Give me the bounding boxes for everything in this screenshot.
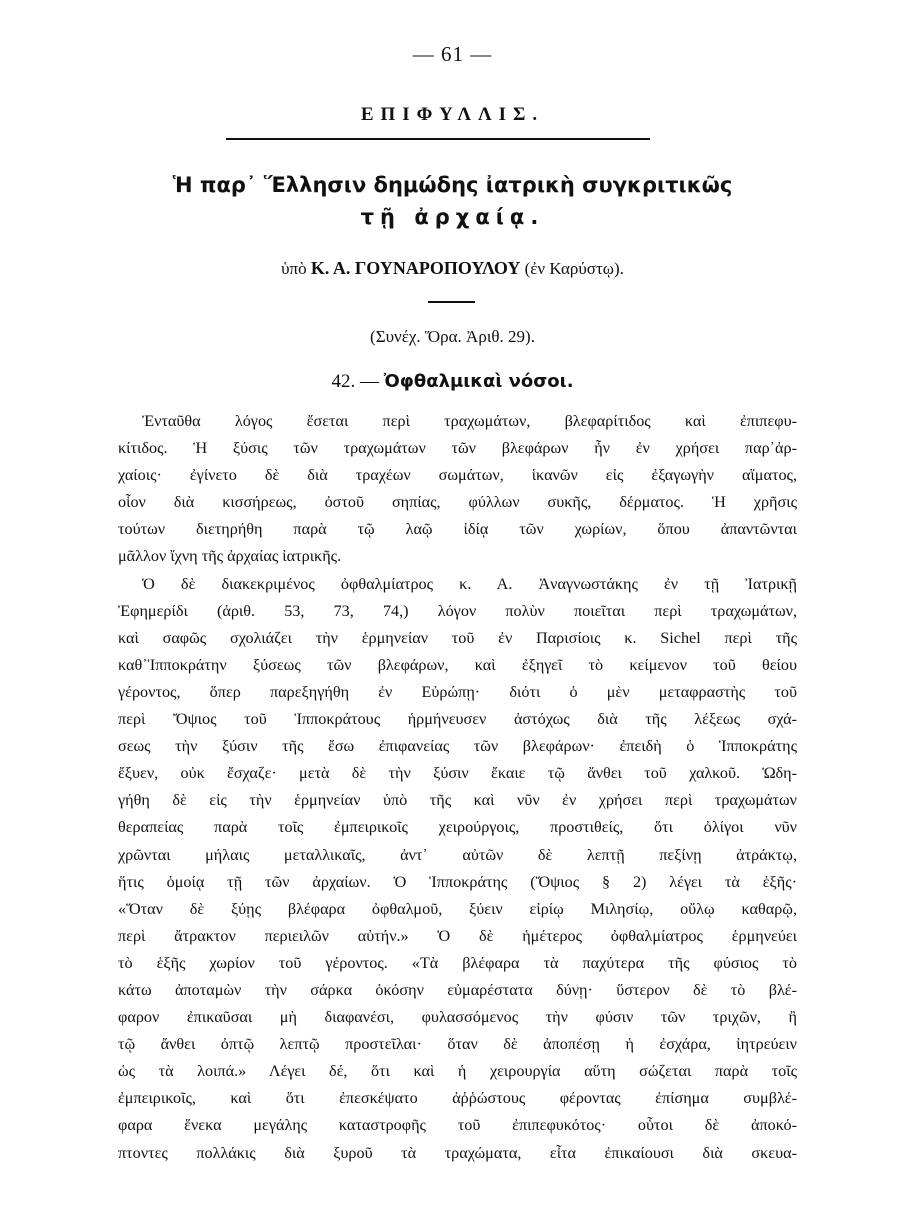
section-divider: [226, 138, 650, 140]
text-line: τὸ ἑξῆς χωρίον τοῦ γέροντος. «Τὰ βλέφαρα…: [118, 950, 797, 977]
section-title: ΕΠΙΦΥΛΛΙΣ.: [0, 104, 905, 126]
text-line: Ὁ δὲ διακεκριμένος ὀφθαλμίατρος κ. Α. Ἀν…: [118, 571, 797, 598]
byline-author: Κ. Α. ΓΟΥΝΑΡΟΠΟΥΛΟΥ: [311, 258, 521, 278]
article-title-line-2: τῇ ἀρχαίᾳ.: [0, 205, 905, 229]
document-page: — 61 — ΕΠΙΦΥΛΛΙΣ. Ἡ παρ᾿ Ἕλλησιν δημώδης…: [0, 0, 905, 1223]
text-line: περὶ ἄτρακτον περιειλῶν αὐτήν.» Ὁ δὲ ἡμέ…: [118, 923, 797, 950]
byline-location: (ἐν Καρύστῳ).: [525, 259, 624, 278]
byline: ὑπὸ Κ. Α. ΓΟΥΝΑΡΟΠΟΥΛΟΥ (ἐν Καρύστῳ).: [0, 258, 905, 279]
text-line: χαίοις· ἐγίνετο δὲ διὰ τραχέων σωμάτων, …: [118, 462, 797, 489]
text-line: τῷ ἄνθει ὀπτῷ λεπτῷ προστεῖλαι· ὅταν δὲ …: [118, 1031, 797, 1058]
article-title-line-1: Ἡ παρ᾿ Ἕλλησιν δημώδης ἰατρικὴ συγκριτικ…: [0, 173, 905, 197]
text-line: ἔξυεν, οὐκ ἔσχαζε· μετὰ δὲ τὴν ξύσιν ἔκα…: [118, 760, 797, 787]
subsection-title: Ὀφθαλμικαὶ νόσοι.: [384, 371, 574, 392]
body-text: Ἐνταῦθα λόγος ἔσεται περὶ τραχωμάτων, βλ…: [118, 408, 797, 1167]
text-line: πτοντες πολλάκις διὰ ξυροῦ τὰ τραχώματα,…: [118, 1140, 797, 1167]
subsection-heading: 42. — Ὀφθαλμικαὶ νόσοι.: [0, 371, 905, 393]
text-line: καὶ σαφῶς σχολιάζει τὴν ἑρμηνείαν τοῦ ἐν…: [118, 625, 797, 652]
text-line: ἥτις ὁμοίᾳ τῇ τῶν ἀρχαίων. Ὁ Ἱπποκράτης …: [118, 869, 797, 896]
continued-note: (Συνέχ. Ὅρα. Ἀριθ. 29).: [0, 327, 905, 347]
text-line: περὶ Ὄψιος τοῦ Ἱπποκράτους ἡρμήνευσεν ἀσ…: [118, 706, 797, 733]
text-line: «Ὅταν δὲ ξύῃς βλέφαρα ὀφθαλμοῦ, ξύειν εἰ…: [118, 896, 797, 923]
byline-prefix: ὑπὸ: [281, 259, 307, 278]
text-line: γήθη δὲ εἰς τὴν ἑρμηνείαν ὑπὸ τῆς καὶ νῦ…: [118, 787, 797, 814]
text-line: κάτω ἀποταμὼν τὴν σάρκα ὁκόσην εὐμαρέστα…: [118, 977, 797, 1004]
subsection-number: 42. —: [331, 371, 379, 392]
text-line: φαρον ἐπικαῦσαι μὴ διαφανέσι, φυλασσόμεν…: [118, 1004, 797, 1031]
text-line: καθ᾿Ἱπποκράτην ξύσεως τῶν βλεφάρων, καὶ …: [118, 652, 797, 679]
text-line: οἷον διὰ κισσήρεως, ὀστοῦ σηπίας, φύλλων…: [118, 489, 797, 516]
text-line: ὡς τὰ λοιπά.» Λέγει δέ, ὅτι καὶ ἡ χειρου…: [118, 1058, 797, 1085]
page-number: — 61 —: [0, 42, 905, 67]
text-line: Ἐφημερίδι (ἀριθ. 53, 73, 74,) λόγον πολὺ…: [118, 598, 797, 625]
text-line: Ἐνταῦθα λόγος ἔσεται περὶ τραχωμάτων, βλ…: [118, 408, 797, 435]
byline-divider: [428, 301, 475, 303]
text-line: τούτων διετηρήθη παρὰ τῷ λαῷ ἰδίᾳ τῶν χω…: [118, 516, 797, 543]
text-line: κίτιδος. Ἡ ξύσις τῶν τραχωμάτων τῶν βλεφ…: [118, 435, 797, 462]
text-line: χρῶνται μήλαις μεταλλικαῖς, ἀντ᾿ αὐτῶν δ…: [118, 842, 797, 869]
text-line: θεραπείας παρὰ τοῖς ἐμπειρικοῖς χειρούργ…: [118, 814, 797, 841]
text-line: ἐμπειρικοῖς, καὶ ὅτι ἐπεσκέψατο ἀῤῥώστου…: [118, 1085, 797, 1112]
text-line: φαρα ἕνεκα μεγάλης καταστροφῆς τοῦ ἐπιπε…: [118, 1112, 797, 1139]
text-line: σεως τὴν ξύσιν τῆς ἔσω ἐπιφανείας τῶν βλ…: [118, 733, 797, 760]
text-line: γέροντος, ὅπερ παρεξηγήθη ἐν Εὐρώπῃ· διό…: [118, 679, 797, 706]
text-line: μᾶλλον ἴχνη τῆς ἀρχαίας ἰατρικῆς.: [118, 543, 797, 570]
